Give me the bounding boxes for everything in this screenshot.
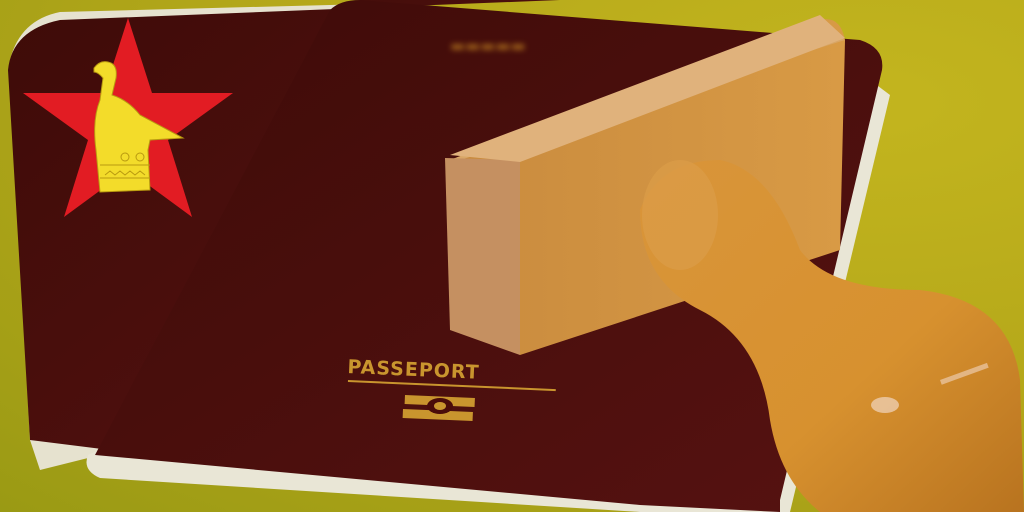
photo-illustration [0, 0, 1024, 512]
photo-scene: ▬▬▬▬▬ PASSEPORT [0, 0, 1024, 512]
blurred-cover-text: ▬▬▬▬▬ [450, 36, 526, 55]
